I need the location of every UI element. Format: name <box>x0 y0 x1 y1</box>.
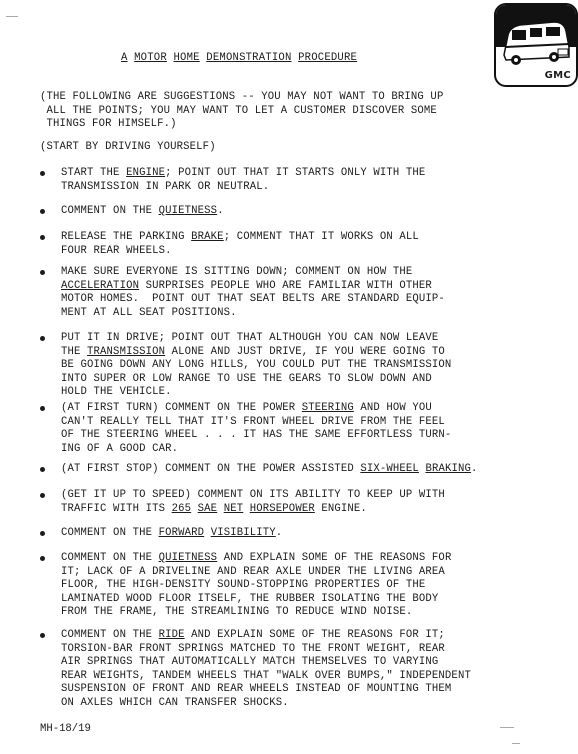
bullet-dot-icon <box>40 209 45 214</box>
title-word: DEMONSTRATION <box>206 52 291 64</box>
emphasized-term: VISIBILITY <box>211 527 276 539</box>
emphasized-term: SIX-WHEEL <box>360 463 419 475</box>
emphasized-term: QUIETNESS <box>159 552 218 564</box>
bullet-dot-icon <box>40 171 45 176</box>
page-title: A MOTOR HOME DEMONSTRATION PROCEDURE <box>121 52 357 64</box>
bullet-dot-icon <box>40 406 45 411</box>
title-word: A <box>121 52 128 64</box>
bullet-text: (AT FIRST STOP) COMMENT ON THE POWER ASS… <box>61 463 478 477</box>
emphasized-term: RIDE <box>159 629 185 641</box>
scan-mark <box>500 727 514 728</box>
bullet-dot-icon <box>40 493 45 498</box>
scan-mark <box>6 16 18 17</box>
emphasized-term: SAE <box>198 503 218 515</box>
gmc-brand-text: GMC <box>545 70 571 81</box>
document-page: GMC A MOTOR HOME DEMONSTRATION PROCEDURE… <box>0 0 578 754</box>
bullet-dot-icon <box>40 633 45 638</box>
title-word: HOME <box>173 52 199 64</box>
emphasized-term: HORSEPOWER <box>250 503 315 515</box>
emphasized-term: ENGINE <box>126 167 165 179</box>
emphasized-term: STEERING <box>302 402 354 414</box>
bullet-text: COMMENT ON THE FORWARD VISIBILITY. <box>61 527 282 541</box>
bullet-text: COMMENT ON THE QUIETNESS. <box>61 205 224 219</box>
bullet-text: RELEASE THE PARKING BRAKE; COMMENT THAT … <box>61 231 419 258</box>
intro-text: (THE FOLLOWING ARE SUGGESTIONS -- YOU MA… <box>40 91 443 132</box>
bullet-dot-icon <box>40 270 45 275</box>
bullet-dot-icon <box>40 531 45 536</box>
bullet-text: COMMENT ON THE QUIETNESS AND EXPLAIN SOM… <box>61 552 451 620</box>
emphasized-term: TRANSMISSION <box>87 346 165 358</box>
emphasized-term: ACCELERATION <box>61 280 139 292</box>
bullet-text: COMMENT ON THE RIDE AND EXPLAIN SOME OF … <box>61 629 471 711</box>
emphasized-term: NET <box>224 503 244 515</box>
bullet-text: PUT IT IN DRIVE; POINT OUT THAT ALTHOUGH… <box>61 332 451 400</box>
emphasized-term: BRAKE <box>191 231 224 243</box>
gmc-logo: GMC <box>494 3 578 87</box>
emphasized-term: FORWARD <box>159 527 205 539</box>
bullet-dot-icon <box>40 235 45 240</box>
bullet-text: (AT FIRST TURN) COMMENT ON THE POWER STE… <box>61 402 451 456</box>
scan-mark <box>512 743 520 744</box>
bullet-dot-icon <box>40 467 45 472</box>
title-word: MOTOR <box>134 52 167 64</box>
bullet-dot-icon <box>40 336 45 341</box>
emphasized-term: BRAKING <box>425 463 471 475</box>
bullet-text: MAKE SURE EVERYONE IS SITTING DOWN; COMM… <box>61 266 445 320</box>
emphasized-term: QUIETNESS <box>159 205 218 217</box>
page-footer-code: MH-18/19 <box>40 723 91 735</box>
start-note: (START BY DRIVING YOURSELF) <box>40 141 216 155</box>
bullet-dot-icon <box>40 556 45 561</box>
emphasized-term: 265 <box>172 503 192 515</box>
title-word: PROCEDURE <box>298 52 357 64</box>
bullet-text: (GET IT UP TO SPEED) COMMENT ON ITS ABIL… <box>61 489 445 516</box>
bullet-text: START THE ENGINE; POINT OUT THAT IT STAR… <box>61 167 425 194</box>
